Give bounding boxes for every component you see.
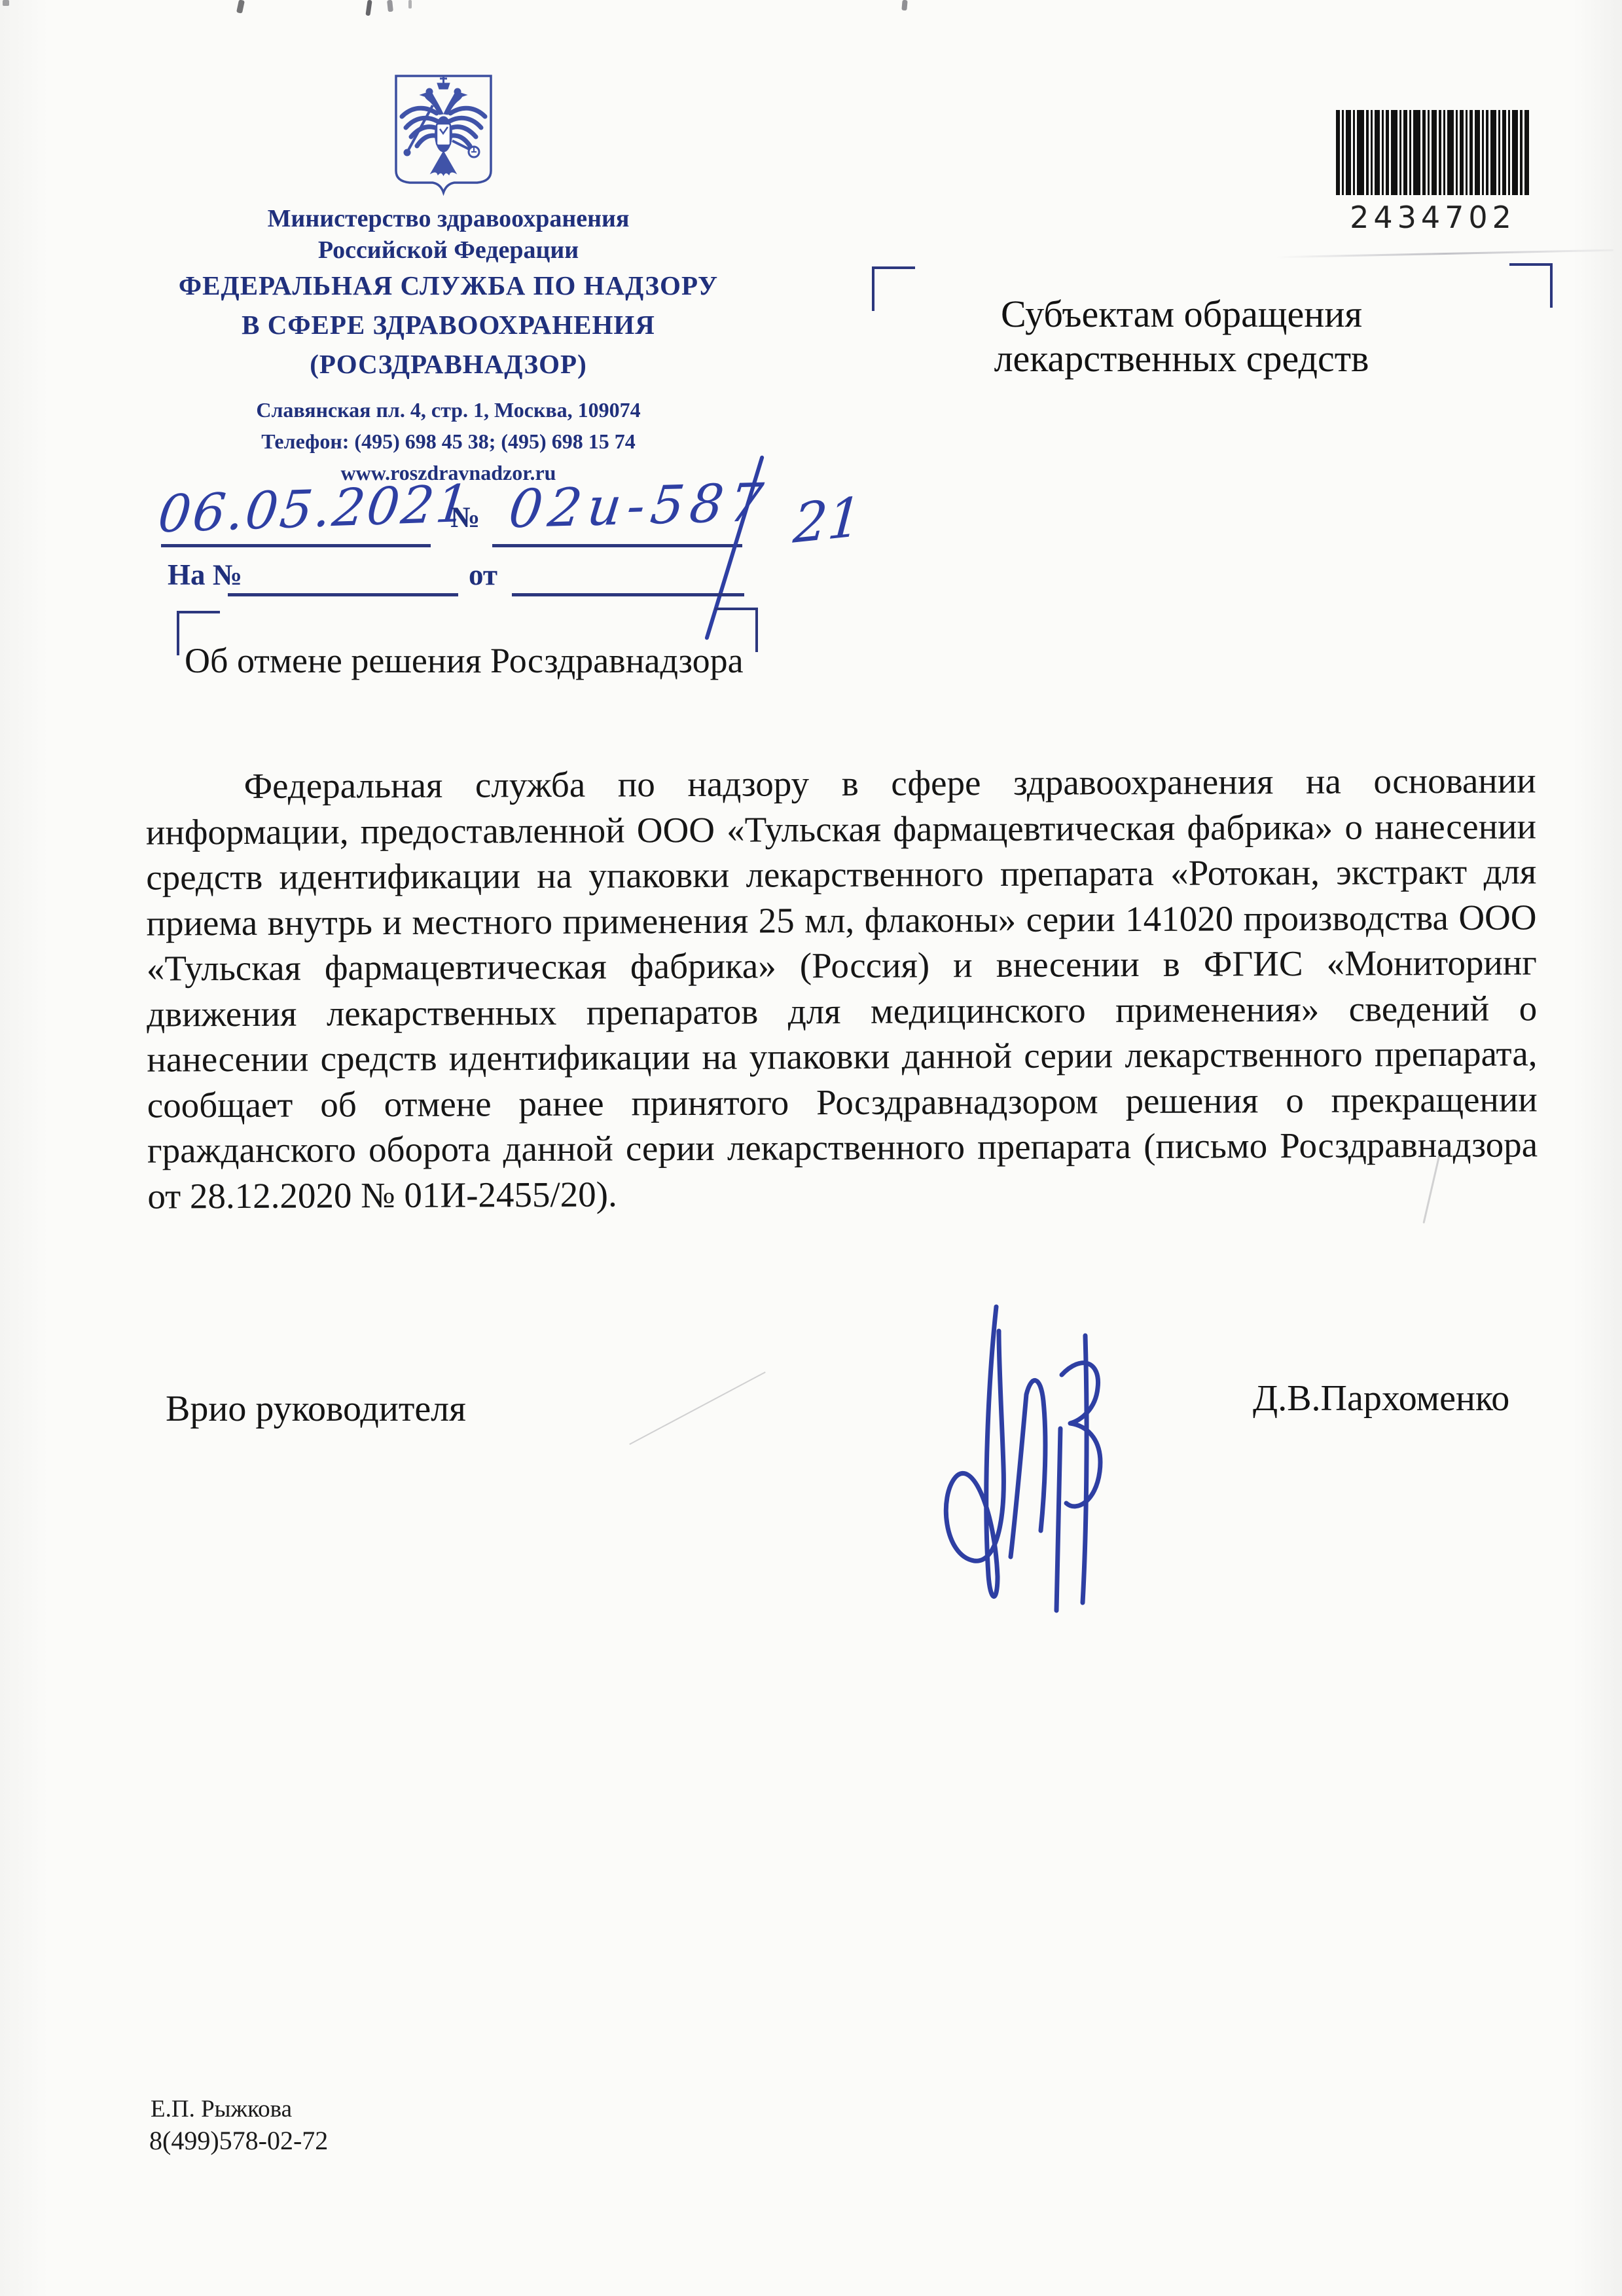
ministry-name: Министерство здравоохранения Российской … bbox=[187, 203, 710, 266]
number-sign: № bbox=[450, 500, 480, 534]
handwritten-number-suffix: 21 bbox=[791, 486, 864, 556]
barcode-number: 2434702 bbox=[1333, 200, 1532, 235]
service-line3: (РОСЗДРАВНАДЗОР) bbox=[121, 344, 776, 384]
number-underline bbox=[492, 544, 742, 547]
recipient-line2: лекарственных средств bbox=[939, 337, 1424, 381]
reply-to-label: На № bbox=[168, 558, 242, 592]
coat-of-arms-emblem bbox=[391, 73, 496, 197]
scanned-letter-page: Министерство здравоохранения Российской … bbox=[0, 0, 1622, 2296]
handwritten-date: 06.05.2021 bbox=[155, 474, 473, 544]
signer-position-title: Врио руководителя bbox=[166, 1388, 466, 1430]
postal-address: Славянская пл. 4, стр. 1, Москва, 109074 bbox=[187, 394, 710, 426]
scan-artifact bbox=[3, 0, 9, 6]
corner-mark-recipient-left bbox=[872, 266, 915, 311]
signature-scribble bbox=[897, 1295, 1132, 1635]
ministry-line2: Российской Федерации bbox=[187, 234, 710, 266]
body-paragraph: Федеральная служба по надзору в сфере зд… bbox=[145, 757, 1538, 1218]
date-underline bbox=[161, 544, 431, 547]
scan-artifact bbox=[629, 1372, 765, 1445]
service-line1: ФЕДЕРАЛЬНАЯ СЛУЖБА ПО НАДЗОРУ bbox=[121, 266, 776, 305]
scan-artifact bbox=[387, 0, 393, 12]
scan-artifact bbox=[236, 0, 245, 14]
barcode-bars bbox=[1335, 110, 1531, 195]
reply-date-underline bbox=[512, 593, 744, 596]
corner-mark-recipient-right bbox=[1509, 263, 1553, 308]
reply-number-underline bbox=[228, 593, 458, 596]
executor-name: Е.П. Рыжкова bbox=[151, 2095, 292, 2123]
service-line2: В СФЕРЕ ЗДРАВООХРАНЕНИЯ bbox=[121, 305, 776, 344]
letterhead-contacts: Славянская пл. 4, стр. 1, Москва, 109074… bbox=[187, 394, 710, 488]
ministry-line1: Министерство здравоохранения bbox=[187, 203, 710, 234]
scan-artifact bbox=[901, 0, 907, 10]
service-name: ФЕДЕРАЛЬНАЯ СЛУЖБА ПО НАДЗОРУ В СФЕРЕ ЗД… bbox=[121, 266, 776, 384]
executor-phone: 8(499)578-02-72 bbox=[149, 2125, 328, 2156]
recipient-line1: Субъектам обращения bbox=[939, 292, 1424, 337]
signer-name: Д.В.Пархоменко bbox=[1253, 1377, 1509, 1419]
handwritten-outgoing-number: 02и-587 bbox=[506, 472, 772, 540]
barcode: 2434702 bbox=[1333, 110, 1532, 235]
subject-line: Об отмене решения Росздравнадзора bbox=[185, 640, 744, 681]
scan-artifact bbox=[365, 0, 372, 16]
scan-artifact bbox=[408, 0, 412, 9]
phone-numbers: Телефон: (495) 698 45 38; (495) 698 15 7… bbox=[187, 426, 710, 457]
reply-from-label: от bbox=[469, 558, 497, 592]
scan-artifact bbox=[1276, 249, 1613, 259]
recipient-block: Субъектам обращения лекарственных средст… bbox=[939, 292, 1424, 381]
